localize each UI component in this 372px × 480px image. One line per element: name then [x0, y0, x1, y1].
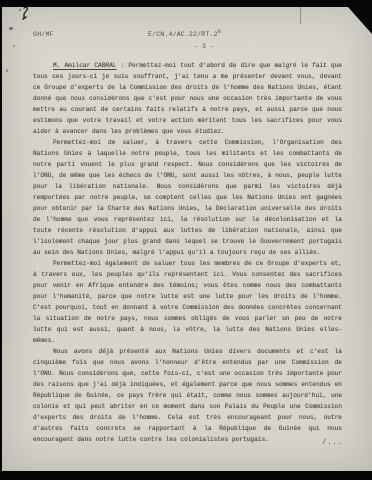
- paragraph-documents-guinea: Nous avons déjà présenté aux Nations Uni…: [33, 346, 342, 445]
- scan-smudge: [13, 45, 15, 47]
- paragraph-opening-text: : Permettez-moi tout d'abord de dire que…: [33, 62, 342, 135]
- handwritten-pencil-mark: [17, 5, 31, 28]
- typist-initials: GH/MF: [33, 31, 54, 38]
- scan-border-top: [0, 0, 372, 7]
- scan-smudge: [6, 69, 8, 72]
- scanned-document-page: GH/MF E/CN.4/AC.22/RT.28 - 3 - M. Amilca…: [0, 0, 372, 480]
- continuation-mark: /...: [322, 439, 343, 447]
- document-symbol-superscript: 8: [218, 29, 221, 35]
- scan-artifact-line: [300, 7, 301, 24]
- scan-border-bottom: [0, 471, 372, 480]
- document-symbol: E/CN.4/AC.22/RT.28: [148, 29, 221, 38]
- document-symbol-text: E/CN.4/AC.22/RT.2: [148, 31, 218, 38]
- scan-smudge: [9, 27, 13, 30]
- speaker-name: M. Amilcar CABRAL: [53, 62, 116, 69]
- page-number: - 3 -: [148, 43, 260, 50]
- paragraph-opening: M. Amilcar CABRAL : Permettez-moi tout d…: [33, 60, 342, 137]
- paragraph-salute-experts: Permettez-moi également de saluer tous l…: [33, 258, 342, 346]
- paragraph-salute-un: Permettez-moi de saluer, à travers cette…: [33, 137, 342, 258]
- speech-text: M. Amilcar CABRAL : Permettez-moi tout d…: [33, 60, 342, 445]
- paper-sheet: GH/MF E/CN.4/AC.22/RT.28 - 3 - M. Amilca…: [2, 7, 372, 471]
